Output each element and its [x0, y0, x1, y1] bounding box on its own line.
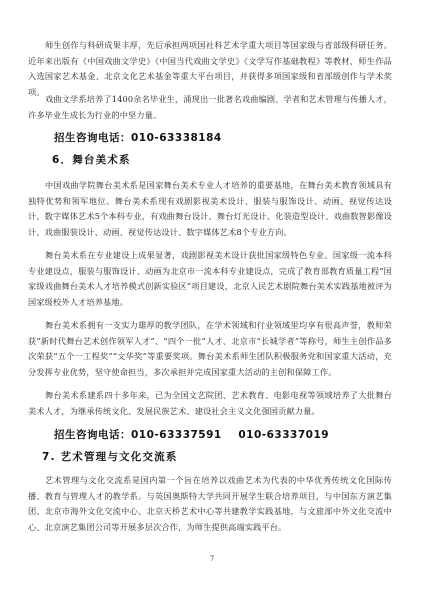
- paragraph-stage-art-team: 舞台美术系拥有一支实力雄厚的教学团队，在学术领域和行业领域里均享有很高声誉，教师…: [28, 318, 392, 380]
- page-number: 7: [0, 555, 424, 563]
- paragraph-stage-art-history: 舞台美术系建系四十多年来，已为全国文艺院团、艺术教育、电影电视等领域培养了大批舞…: [28, 388, 392, 419]
- section-heading-arts-management: 7. 艺术管理与文化交流系: [42, 449, 178, 464]
- paragraph-stage-art-construction: 舞台美术系在专业建设上成果显著，戏剧影视美术设计获批国家级特色专业、国家级一流本…: [28, 248, 392, 310]
- paragraph-stage-art-intro: 中国戏曲学院舞台美术系是国家舞台美术专业人才培养的重要基地，在舞台美术教育领域具…: [28, 178, 392, 240]
- admissions-phone-drama-literature: 招生咨询电话：010-63338184: [54, 130, 222, 145]
- admissions-phone-stage-art: 招生咨询电话：010-63337591 010-63337019: [54, 427, 329, 442]
- document-page: 师生创作与科研成果丰厚，先后承担两项国社科艺术学重大项目等国家级与省部级科研任务…: [0, 0, 424, 600]
- paragraph-graduates: 戏曲文学系培养了1400余名毕业生，涌现出一批著名戏曲编剧、学者和艺术管理与传播…: [28, 92, 392, 123]
- section-heading-stage-art: 6．舞台美术系: [52, 152, 131, 167]
- paragraph-arts-management-intro: 艺术管理与文化交流系是国内第一个旨在培养以戏曲艺术为代表的中华优秀传统文化国际传…: [28, 473, 392, 535]
- paragraph-research-achievements: 师生创作与科研成果丰厚，先后承担两项国社科艺术学重大项目等国家级与省部级科研任务…: [28, 38, 392, 100]
